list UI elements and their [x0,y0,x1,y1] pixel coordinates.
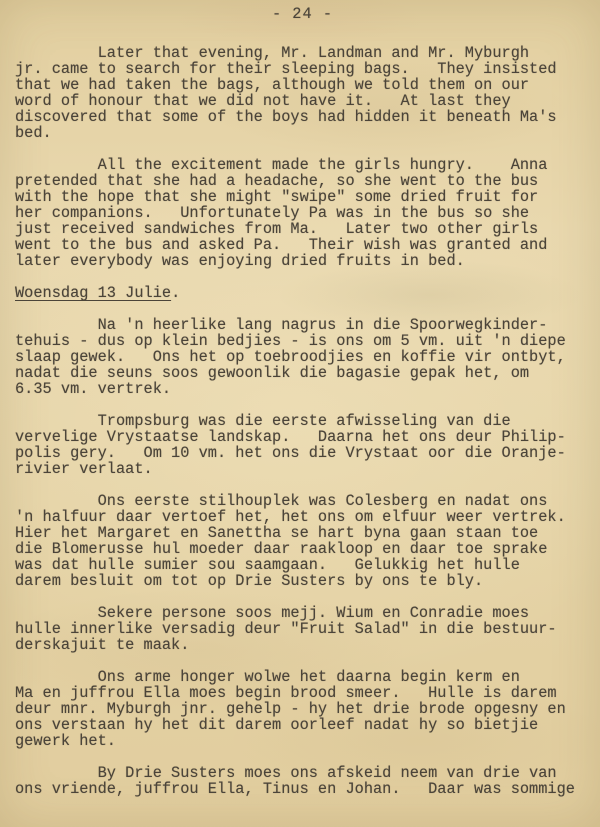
paragraph: Na 'n heerlike lang nagrus in die Spoorw… [15,317,590,397]
paragraph: Ons arme honger wolwe het daarna begin k… [15,669,590,749]
document-page: - 24 - Later that evening, Mr. Landman a… [0,0,600,827]
paragraph: Trompsburg was die eerste afwisseling va… [15,413,590,477]
section-heading-period: . [171,284,180,302]
section-heading: Woensdag 13 Julie. [15,285,590,301]
paragraph: By Drie Susters moes ons afskeid neem va… [15,765,590,797]
section-heading-text: Woensdag 13 Julie [15,284,171,302]
paragraph: Later that evening, Mr. Landman and Mr. … [15,45,590,141]
paragraph: Ons eerste stilhouplek was Colesberg en … [15,493,590,589]
page-number: - 24 - [15,6,590,22]
paragraph: Sekere persone soos mejj. Wium en Conrad… [15,605,590,653]
paragraph: All the excitement made the girls hungry… [15,157,590,269]
